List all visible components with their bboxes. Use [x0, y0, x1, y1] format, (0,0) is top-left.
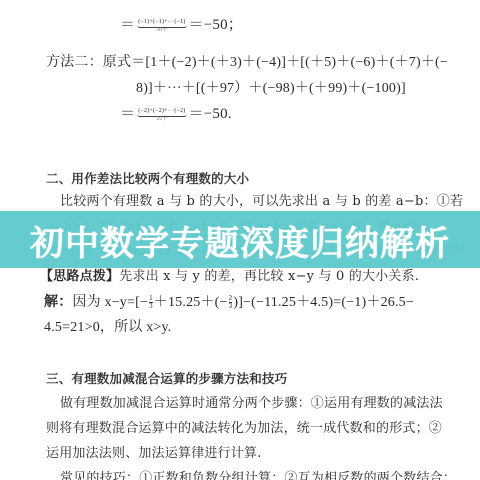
hint-line: 【思路点拨】先求出 x 与 y 的差，再比较 x−y 与 0 的大小关系.: [40, 269, 419, 285]
method2-result: ＝(−2)+(−2)+···(−2)25个＝−50.: [120, 106, 232, 123]
section3-para1: 做有理数加减混合运算时通常分两个步骤：①运用有理数的减法法: [60, 396, 443, 412]
fraction-two-thirds: 23: [229, 295, 233, 310]
section2-heading: 二、用作差法比较两个有理数的大小: [46, 171, 249, 187]
fraction-one-third: 13: [149, 295, 153, 310]
equation-line-1: ＝(−1)+(−1)+···(−1)50个＝−50；: [120, 17, 243, 34]
method2-label: 方法二：原式: [46, 55, 131, 70]
hint-label: 【思路点拨】: [40, 269, 119, 284]
solution-line-a: 解：因为 x−y=[−13＋15.25＋(−23)]−(−11.25＋4.5)=…: [44, 294, 414, 311]
equation-result: ＝−50；: [189, 17, 243, 33]
section2-para1: 比较两个有理数 a 与 b 的大小，可以先求出 a 与 b 的差 a−b：①若: [60, 194, 463, 210]
method2-line-b: 8)]＋···＋[(＋97）＋(−98)＋(＋99)＋(−100)]: [136, 81, 406, 97]
section3-para2: 则将有理数混合运算中的减法转化为加法，统一成代数和的形式；②: [46, 421, 442, 437]
document-page: ＝(−1)+(−1)+···(−1)50个＝−50； 方法二：原式＝[1＋(−2…: [0, 0, 480, 480]
banner-title: 初中数学专题深度归纳解析: [30, 216, 450, 265]
equals-sign: ＝: [120, 17, 135, 33]
section3-heading: 三、有理数加减混合运算的步骤方法和技巧: [46, 371, 287, 387]
section3-para3: 运用加法法则、加法运算律进行计算.: [46, 446, 262, 462]
section3-para4: 常见的技巧：①正数和负数分组计算；②互为相反数的两个数结合；: [60, 471, 456, 480]
solution-line-b: 4.5=21>0，所以 x>y.: [44, 320, 171, 336]
title-banner: 初中数学专题深度归纳解析: [0, 211, 480, 268]
method2-line-a: 方法二：原式＝[1＋(−2)＋(＋3)＋(−4)]＋[(＋5)＋(−6)＋(＋7…: [46, 55, 448, 71]
underbrace-sum: (−1)+(−1)+···(−1)50个: [137, 18, 186, 34]
underbrace-sum-2: (−2)+(−2)+···(−2)25个: [137, 107, 186, 123]
